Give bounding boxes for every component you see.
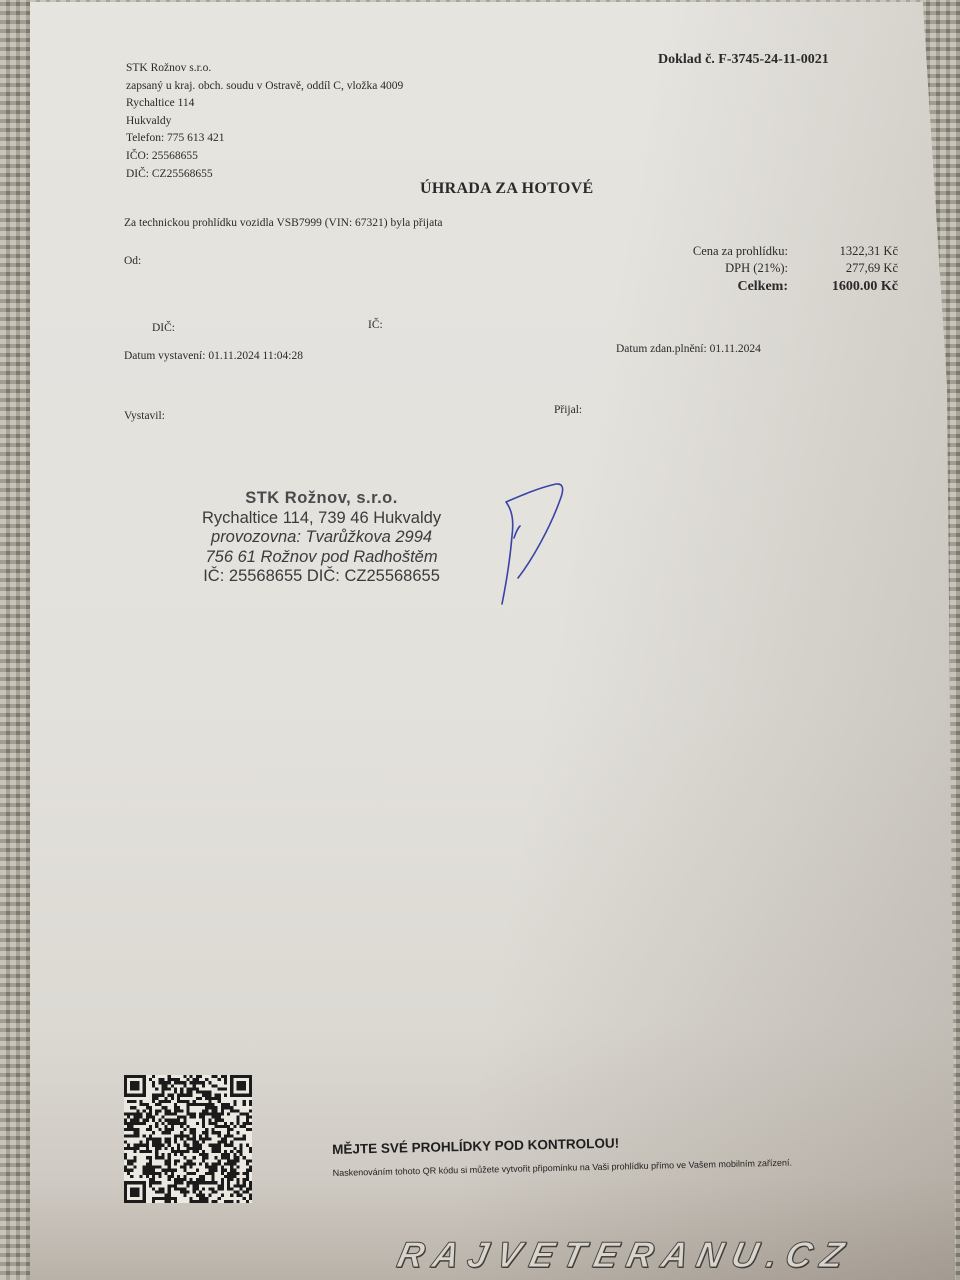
- stamp-branch-city: 756 61 Rožnov pod Radhoštěm: [202, 548, 441, 568]
- payment-purpose: Za technickou prohlídku vozidla VSB7999 …: [124, 217, 443, 229]
- company-street: Rychaltice 114: [126, 95, 403, 113]
- stamp-branch: provozovna: Tvarůžkova 2994: [202, 528, 441, 548]
- vat-row: DPH (21%): 277,69 Kč: [650, 261, 898, 278]
- stamp-company-name: STK Rožnov, s.r.o.: [202, 489, 441, 509]
- company-registration: zapsaný u kraj. obch. soudu v Ostravě, o…: [126, 78, 403, 96]
- stamp-ids: IČ: 25568655 DIČ: CZ25568655: [202, 567, 441, 587]
- signature-icon: [498, 480, 570, 608]
- from-label: Od:: [124, 255, 141, 267]
- customer-dic-label: DIČ:: [152, 322, 175, 334]
- tax-date: Datum zdan.plnění: 01.11.2024: [616, 343, 761, 355]
- company-stamp: STK Rožnov, s.r.o. Rychaltice 114, 739 4…: [202, 489, 441, 587]
- vat-label: DPH (21%):: [650, 261, 788, 278]
- total-row: Celkem: 1600.00 Kč: [650, 278, 898, 297]
- watermark-logo: RAJVETERANU.CZ: [394, 1234, 857, 1276]
- price-label: Cena za prohlídku:: [650, 244, 788, 261]
- company-dic: DIČ: CZ25568655: [126, 166, 403, 184]
- qr-code-icon: [124, 1075, 252, 1203]
- customer-ic-label: IČ:: [368, 319, 383, 331]
- received-by-label: Přijal:: [554, 404, 582, 416]
- promo-text: Naskenováním tohoto QR kódu si můžete vy…: [333, 1158, 792, 1178]
- company-info: STK Rožnov s.r.o. zapsaný u kraj. obch. …: [126, 60, 403, 183]
- receipt-paper: Doklad č. F-3745-24-11-0021 STK Rožnov s…: [30, 2, 960, 1280]
- document-title: ÚHRADA ZA HOTOVÉ: [420, 180, 593, 198]
- total-label: Celkem:: [650, 278, 788, 297]
- company-ico: IČO: 25568655: [126, 148, 403, 166]
- company-city: Hukvaldy: [126, 113, 403, 131]
- price-row: Cena za prohlídku: 1322,31 Kč: [650, 244, 898, 261]
- totals-block: Cena za prohlídku: 1322,31 Kč DPH (21%):…: [650, 244, 898, 297]
- price-value: 1322,31 Kč: [788, 244, 898, 261]
- vat-value: 277,69 Kč: [788, 261, 898, 278]
- company-phone: Telefon: 775 613 421: [126, 130, 403, 148]
- document-number: Doklad č. F-3745-24-11-0021: [658, 52, 829, 68]
- issued-by-label: Vystavil:: [124, 410, 165, 422]
- company-name: STK Rožnov s.r.o.: [126, 60, 403, 78]
- promo-headline: MĚJTE SVÉ PROHLÍDKY POD KONTROLOU!: [332, 1132, 792, 1157]
- total-value: 1600.00 Kč: [788, 278, 898, 297]
- promo-block: MĚJTE SVÉ PROHLÍDKY POD KONTROLOU! Naske…: [332, 1132, 792, 1178]
- issue-date: Datum vystavení: 01.11.2024 11:04:28: [124, 350, 303, 362]
- stamp-address: Rychaltice 114, 739 46 Hukvaldy: [202, 509, 441, 529]
